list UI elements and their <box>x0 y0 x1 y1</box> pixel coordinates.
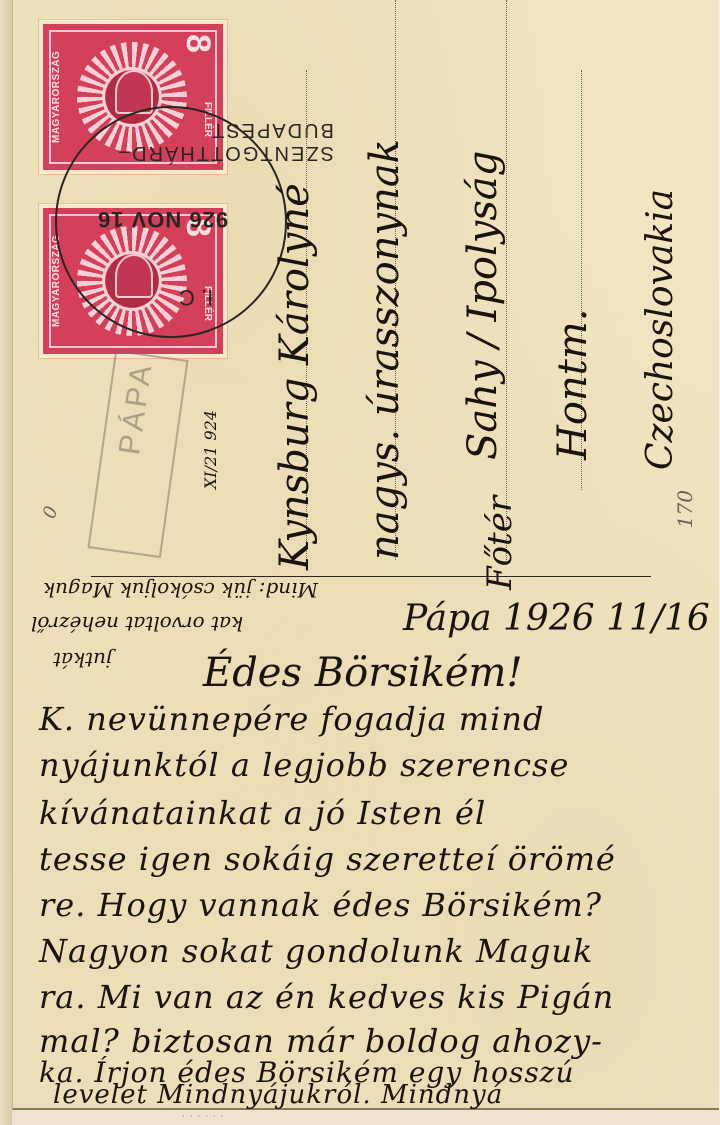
place-date: Pápa 1926 11/16 <box>403 598 710 639</box>
pencil-circle-mark: 0 <box>39 504 63 522</box>
message-line: re. Hogy vannak édes Börsikém? <box>39 886 602 924</box>
address-line-county: Hontm. <box>553 0 593 460</box>
pencil-number-mark: 170 <box>673 490 697 528</box>
greeting: Édes Börsikém! <box>203 650 523 696</box>
message-line: K. nevünnepére fogadja mind <box>39 700 544 738</box>
message-line: kívánatainkat a jó Isten él <box>39 794 486 832</box>
postcard: MAGYARORSZÁG 8 FILLÉR MAGYARORSZÁG 8 FIL… <box>12 0 719 1110</box>
address-line-city: Sahy / Ipolyság <box>463 0 503 460</box>
address-line-country: Czechoslovakia <box>643 30 679 470</box>
postmark-cancel: SZENTGOTTHÁRD–BUDAPEST 926 NOV 16 I. C <box>55 106 287 338</box>
origin-stamp-text: PÁPA <box>113 359 160 457</box>
message-line: nyájunktól a legjobb szerencse <box>39 746 569 784</box>
received-note: XI/21 924 <box>201 410 220 489</box>
section-divider <box>91 576 651 577</box>
stamp-value: 8 <box>178 34 217 53</box>
message-line: levelet Mindnyájukról. Mindnyá <box>53 1080 503 1110</box>
bottom-edge: · · · · · · <box>12 1110 720 1125</box>
address-line-street: Főtér <box>483 470 517 590</box>
address-line-title: nagys. úrasszonynak <box>365 0 405 560</box>
left-edge <box>0 0 12 1125</box>
postmark-code: I. C <box>179 284 213 310</box>
message-line: Nagyon sokat gondolunk Maguk <box>39 932 593 970</box>
message-line: tesse igen sokáig szeretteí örömé <box>39 840 616 878</box>
origin-boxed-stamp: PÁPA <box>87 350 188 558</box>
stamp-country: MAGYARORSZÁG <box>51 32 67 162</box>
postscript-line: Mind: jük csókoljuk Maguk <box>43 578 318 602</box>
postscript-line: kat orvoltat nehézről <box>31 612 243 636</box>
message-line: ra. Mi van az én kedves kis Pigán <box>39 978 614 1016</box>
postscript-line: jutkát <box>53 648 112 672</box>
address-line-name: Kynsburg Károlyné <box>275 30 315 570</box>
postmark-date: 926 NOV 16 <box>97 206 228 232</box>
message-line: mal? biztosan már boldog ahozy- <box>39 1022 603 1060</box>
